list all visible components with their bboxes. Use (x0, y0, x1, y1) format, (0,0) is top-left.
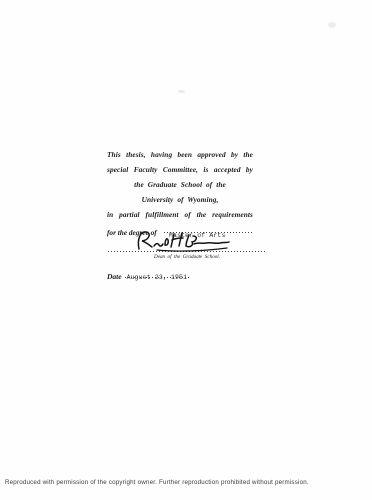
scan-artifact-smudge (328, 22, 336, 28)
copyright-notice: Reproduced with permission of the copyri… (5, 479, 365, 486)
date-fill-in-line: August 23, 1951 (125, 266, 192, 278)
dean-signature-handwriting (132, 229, 238, 254)
date-label: Date (107, 272, 122, 281)
scan-artifact-dash (178, 90, 185, 93)
dean-caption: Dean of the Graduate School. (154, 254, 250, 260)
date-row: DateAugust 23, 1951 (107, 266, 191, 279)
scanned-thesis-approval-page: This thesis, having been approved by the… (0, 0, 372, 500)
approval-line-3: the Graduate School of the (107, 177, 253, 192)
approval-line-4: University of Wyoming, (107, 192, 253, 207)
date-typed-value: August 23, 1951 (127, 274, 188, 281)
approval-line-1: This thesis, having been approved by the (107, 147, 253, 162)
approval-statement: This thesis, having been approved by the… (107, 147, 253, 222)
approval-line-2: special Faculty Committee, is accepted b… (107, 162, 253, 177)
approval-line-5: in partial fulfillment of the requiremen… (107, 207, 253, 222)
